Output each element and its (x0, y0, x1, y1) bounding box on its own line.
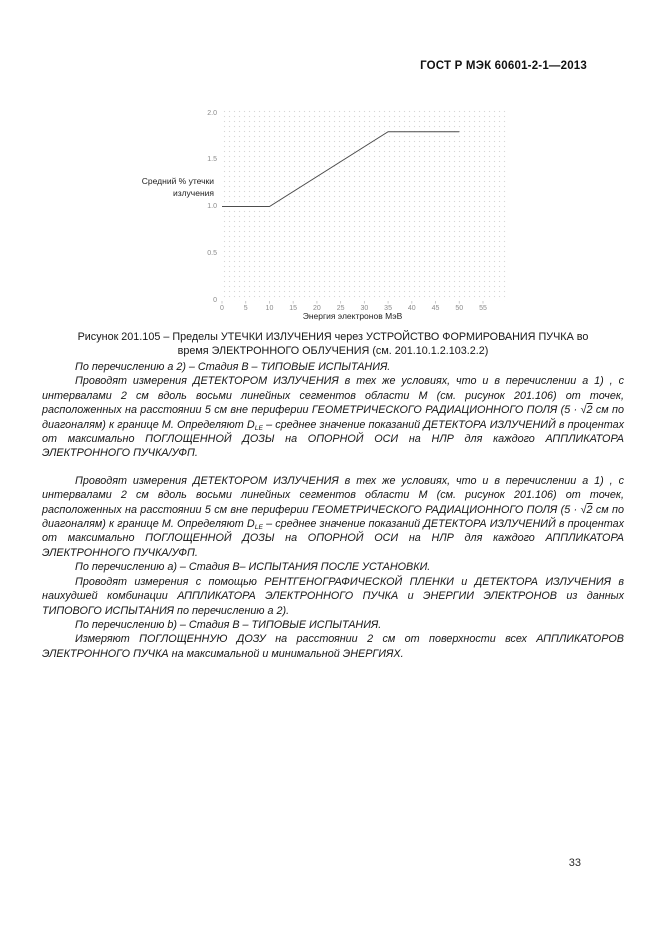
document-standard-number: ГОСТ Р МЭК 60601-2-1—2013 (420, 60, 587, 72)
leakage-limit-line (222, 132, 459, 207)
chart-svg (130, 103, 550, 321)
y-axis-label-line2: излучения (130, 188, 214, 200)
x-tick-label: 30 (354, 305, 374, 313)
y-tick-label: 0 (183, 297, 217, 305)
page-number: 33 (569, 857, 581, 869)
x-tick-label: 40 (402, 305, 422, 313)
body-text: По перечислению а 2) – Стадия В – ТИПОВЫ… (42, 360, 624, 661)
paragraph-dose-measurement: Измеряют ПОГЛОЩЕННУЮ ДОЗУ на расстоянии … (42, 632, 624, 661)
x-tick-label: 50 (449, 305, 469, 313)
paragraph-stage-b-type-tests-b: По перечислению b) – Стадия В – ТИПОВЫЕ … (42, 618, 624, 632)
x-tick-label: 15 (283, 305, 303, 313)
figure-caption: Рисунок 201.105 – Пределы УТЕЧКИ ИЗЛУЧЕН… (42, 330, 624, 358)
y-tick-label: 1.5 (183, 156, 217, 164)
chart-y-axis-label: Средний % утечки излучения (130, 176, 214, 199)
x-tick-label: 5 (236, 305, 256, 313)
y-tick-label: 1.0 (183, 203, 217, 211)
x-tick-label: 25 (331, 305, 351, 313)
y-tick-label: 2.0 (183, 110, 217, 118)
paragraph-stage-b-post-install: По перечислению а) – Стадия В– ИСПЫТАНИЯ… (42, 560, 624, 574)
x-tick-label: 20 (307, 305, 327, 313)
figure-caption-line1: Рисунок 201.105 – Пределы УТЕЧКИ ИЗЛУЧЕН… (78, 331, 589, 343)
figure-caption-line2: время ЭЛЕКТРОННОГО ОБЛУЧЕНИЯ (см. 201.10… (178, 345, 489, 357)
paragraph-stage-b-type-tests-a2: По перечислению а 2) – Стадия В – ТИПОВЫ… (42, 360, 624, 374)
x-tick-label: 55 (473, 305, 493, 313)
paragraph-film-measurement: Проводят измерения с помощью РЕНТГЕНОГРА… (42, 575, 624, 618)
x-tick-label: 45 (426, 305, 446, 313)
x-tick-label: 10 (259, 305, 279, 313)
x-tick-label: 0 (212, 305, 232, 313)
y-axis-label-line1: Средний % утечки (130, 176, 214, 188)
document-page: ГОСТ Р МЭК 60601-2-1—2013 Средний % утеч… (0, 0, 661, 936)
x-tick-label: 35 (378, 305, 398, 313)
y-tick-label: 0.5 (183, 250, 217, 258)
paragraph-measurement-procedure-1: Проводят измерения ДЕТЕКТОРОМ ИЗЛУЧЕНИЯ … (42, 374, 624, 460)
paragraph-measurement-procedure-2: Проводят измерения ДЕТЕКТОРОМ ИЗЛУЧЕНИЯ … (42, 474, 624, 560)
leakage-chart: Средний % утечки излучения Энергия элект… (130, 103, 550, 321)
